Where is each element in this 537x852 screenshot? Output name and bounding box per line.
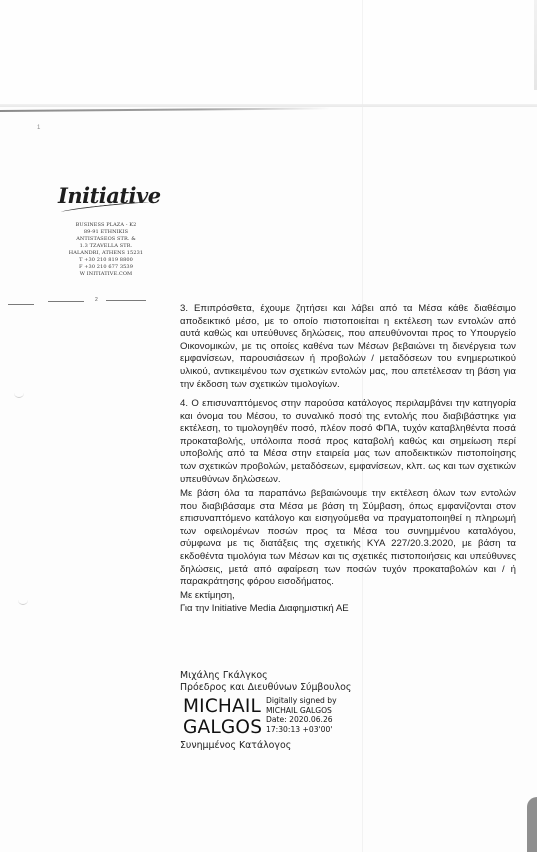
- margin-mark: 1: [37, 125, 40, 131]
- digital-signature-name: MICHAIL GALGOS: [183, 696, 262, 738]
- closing-block: Με εκτίμηση, Για την Initiative Media Δι…: [180, 590, 349, 615]
- signature-time: 17:30:13 +03'00': [266, 725, 337, 735]
- corner-shadow: [527, 797, 537, 852]
- address-line: 89-91 ETHNIKIS: [50, 229, 162, 236]
- signature-last-name: GALGOS: [183, 717, 262, 738]
- punch-hole-mark: [14, 392, 24, 398]
- signer-title: Πρόεδρος και Διευθύνων Σύμβουλος: [180, 682, 351, 694]
- address-line: HALANDRI, ATHENS 15231: [50, 250, 162, 257]
- punch-hole-mark: [18, 599, 28, 605]
- attachment-label: Συνημμένος Κατάλογος: [180, 740, 291, 751]
- address-fax: F +30 210 677 3539: [50, 264, 162, 271]
- company-logo: Initiative: [58, 185, 152, 210]
- page-divider-rule: [8, 304, 34, 305]
- address-line: 1.3 TZAVELLA STR.: [50, 243, 162, 250]
- address-line: BUSINESS PLAZA - K2: [50, 222, 162, 229]
- signature-date: Date: 2020.06.26: [266, 715, 337, 725]
- paragraph-conclusion: Με βάση όλα τα παραπάνω βεβαιώνουμε την …: [180, 488, 516, 589]
- signature-signer: MICHAIL GALGOS: [266, 706, 337, 716]
- signer-name: Μιχάλης Γκάλγκος: [180, 670, 351, 682]
- digital-signature-details: Digitally signed by MICHAIL GALGOS Date:…: [266, 696, 337, 734]
- blank-top-area: [0, 0, 537, 106]
- salutation: Με εκτίμηση,: [180, 590, 349, 603]
- scan-edge-line: [0, 107, 330, 112]
- paragraph-4: 4. Ο επισυναπτόμενος στην παρούσα κατάλο…: [180, 398, 516, 486]
- page-divider-rule: [106, 300, 146, 301]
- signature-first-name: MICHAIL: [183, 696, 262, 717]
- company-line: Για την Initiative Media Διαφημιστική ΑΕ: [180, 603, 349, 616]
- page-fold-line: [0, 104, 537, 107]
- signer-block: Μιχάλης Γκάλγκος Πρόεδρος και Διευθύνων …: [180, 670, 351, 693]
- address-web: W INITIATIVE.COM: [50, 271, 162, 278]
- paragraph-3: 3. Επιπρόσθετα, έχουμε ζητήσει και λάβει…: [180, 303, 516, 391]
- page-divider-rule: [48, 301, 84, 302]
- signature-caption: Digitally signed by: [266, 696, 337, 706]
- address-line: ANTISTASEOS STR. &: [50, 236, 162, 243]
- address-phone: T +30 210 819 8800: [50, 257, 162, 264]
- company-address: BUSINESS PLAZA - K2 89-91 ETHNIKIS ANTIS…: [50, 222, 162, 278]
- page-marker: 2: [95, 297, 98, 303]
